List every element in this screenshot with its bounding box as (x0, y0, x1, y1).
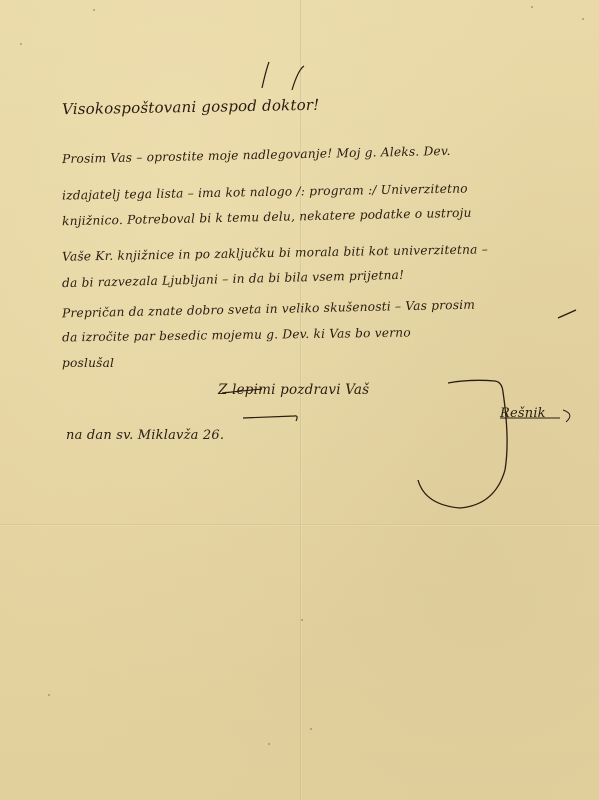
closing-greeting: Z lepimi pozdravi Vaš (218, 382, 369, 398)
vertical-fold-line (300, 0, 302, 800)
salutation: Visokospoštovani gospod doktor! (62, 96, 320, 118)
body-line-1: Prosim Vas – oprostite moje nadlegovanje… (62, 144, 451, 166)
horizontal-fold-line (0, 524, 599, 526)
date-line: na dan sv. Miklavža 26. (66, 428, 224, 443)
letter-page: Visokospoštovani gospod doktor! Prosim V… (0, 0, 599, 800)
signature: Rešnik (500, 406, 546, 421)
body-line-8: poslušal (62, 356, 114, 370)
paper-speck (301, 619, 303, 621)
body-line-4: Vaše Kr. knjižnice in po zaključku bi mo… (62, 242, 488, 263)
paper-speck (310, 728, 312, 730)
body-line-2: izdajatelj tega lista – ima kot nalogo /… (62, 181, 468, 202)
paper-speck (531, 6, 533, 8)
paper-speck (268, 743, 270, 745)
body-line-3: knjižnico. Potreboval bi k temu delu, ne… (62, 206, 472, 229)
body-line-6: Prepričan da znate dobro sveta in veliko… (62, 298, 475, 321)
body-line-7: da izročite par besedic mojemu g. Dev. k… (62, 326, 411, 345)
paper-speck (582, 18, 584, 20)
body-line-5: da bi razvezala Ljubljani – in da bi bil… (62, 268, 404, 290)
paper-speck (93, 9, 95, 11)
paper-speck (20, 43, 22, 45)
paper-speck (48, 694, 50, 696)
